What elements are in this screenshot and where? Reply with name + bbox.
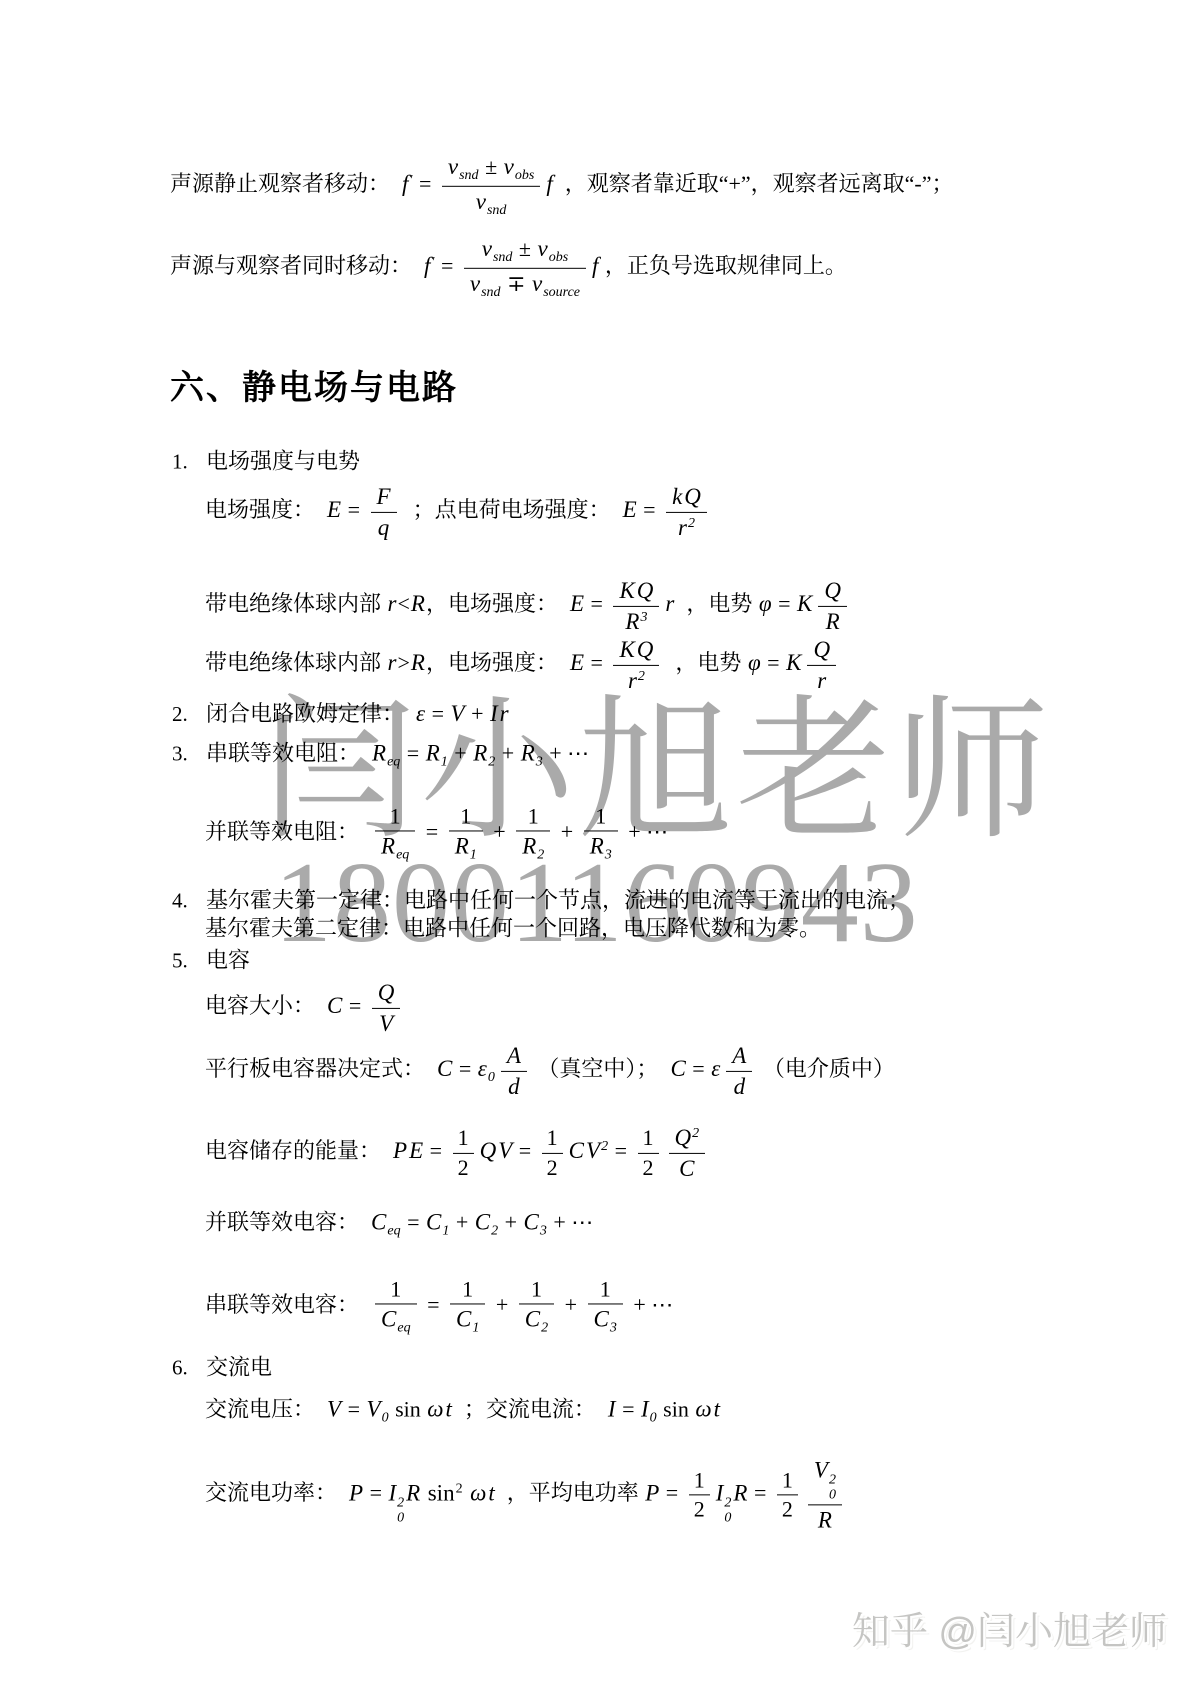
list-item-number: 3. xyxy=(172,740,206,767)
formula-doppler-observer-moving: 声源静止观察者移动： f′ = vsnd ± vobsvsndf ，观察者靠近取… xyxy=(170,153,954,219)
section-heading: 六、静电场与电路 xyxy=(170,360,458,409)
kirchhoff-second-law-label: 基尔霍夫第二定律：电路中任何一个回路，电压降代数和为零。 xyxy=(205,916,821,941)
formula-charged-sphere-inside: 带电绝缘体球内部 r<R，电场强度： E = KQR3r ，电势 φ = KQR xyxy=(205,577,852,635)
formula-ohms-law: 闭合电路欧姆定律： ε = V + Ir xyxy=(206,701,510,726)
formula-ac-voltage-current: 交流电压： V = V0 sin ωt ；交流电流： I = I0 sin ωt xyxy=(205,1394,721,1427)
formula-field-strength: 电场强度： E = Fq ；点电荷电场强度： E = kQr2 xyxy=(205,483,712,541)
list-item-6-title: 6.交流电 xyxy=(172,1354,272,1383)
kirchhoff-first-law-text: 基尔霍夫第一定律：电路中任何一个节点，流进的电流等于流出的电流； xyxy=(206,888,910,913)
formula-charged-sphere-outside: 带电绝缘体球内部 r>R，电场强度： E = KQr2 ，电势 φ = KQr xyxy=(205,636,841,694)
list-item-number: 5. xyxy=(172,948,206,975)
watermark-zhihu-credit: 知乎 @闫小旭老师 xyxy=(852,1613,1167,1651)
kirchhoff-second-law-text: 基尔霍夫第二定律：电路中任何一个回路，电压降代数和为零。 xyxy=(205,915,821,944)
formula-doppler-both-moving: 声源与观察者同时移动： f′ = vsnd ± vobsvsnd ∓ vsour… xyxy=(170,235,847,301)
formula-parallel-resistance: 并联等效电阻： 1Req = 1R1 + 1R2 + 1R3 + ⋯ xyxy=(205,803,668,864)
list-item-4-kirchhoff-first: 4.基尔霍夫第一定律：电路中任何一个节点，流进的电流等于流出的电流； xyxy=(172,887,910,916)
list-item-5-title: 5.电容 xyxy=(172,947,250,976)
list-item-number: 1. xyxy=(172,449,206,476)
formula-parallel-capacitance: 并联等效电容： Ceq = C1 + C2 + C3 + ⋯ xyxy=(205,1207,593,1240)
formula-parallel-plate: 平行板电容器决定式： C = ε0Ad （真空中）； C = εAd （电介质中… xyxy=(205,1042,895,1100)
list-item-1-title: 1.电场强度与电势 xyxy=(172,448,360,477)
list-item-number: 2. xyxy=(172,701,206,728)
formula-series-capacitance: 串联等效电容： 1Ceq = 1C1 + 1C2 + 1C3 + ⋯ xyxy=(205,1276,673,1337)
list-item-3-series-resistance: 3.串联等效电阻： Req = R1 + R2 + R3 + ⋯ xyxy=(172,738,589,771)
formula-ac-power: 交流电功率： P = I20R sin2 ωt ，平均电功率 P = 12I20… xyxy=(205,1456,847,1533)
list-item-label: 交流电 xyxy=(206,1355,272,1380)
list-item-number: 4. xyxy=(172,888,206,915)
list-item-2-ohms-law: 2.闭合电路欧姆定律： ε = V + Ir xyxy=(172,699,510,729)
formula-capacitance: 电容大小： C = QV xyxy=(205,979,405,1037)
list-item-number: 6. xyxy=(172,1355,206,1382)
formula-series-resistance: 串联等效电阻： Req = R1 + R2 + R3 + ⋯ xyxy=(206,740,589,765)
list-item-label: 电容 xyxy=(206,948,250,973)
document-page: 闫小旭老师 18001160943 知乎 @闫小旭老师 声源静止观察者移动： f… xyxy=(0,0,1191,1684)
formula-capacitor-energy: 电容储存的能量： PE = 12QV = 12CV2 = 12Q2C xyxy=(205,1124,710,1182)
list-item-label: 电场强度与电势 xyxy=(206,449,360,474)
